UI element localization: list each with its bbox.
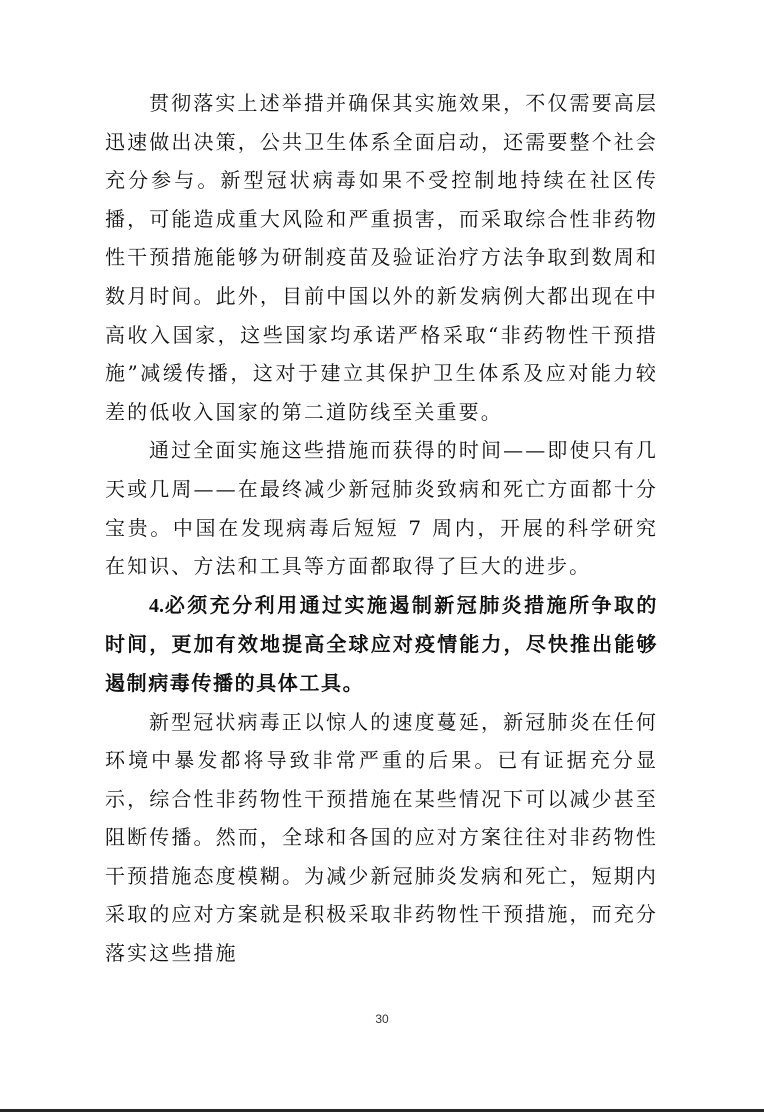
paragraph-virus-spread: 新型冠状病毒正以惊人的速度蔓延，新冠肺炎在任何环境中暴发都将导致非常严重的后果。… bbox=[105, 703, 658, 973]
paragraph-time-gained: 通过全面实施这些措施而获得的时间——即使只有几天或几周——在最终减少新冠肺炎致病… bbox=[105, 431, 658, 585]
paragraph-implementation: 贯彻落实上述举措并确保其实施效果，不仅需要高层迅速做出决策，公共卫生体系全面启动… bbox=[105, 84, 658, 431]
page-number: 30 bbox=[0, 1012, 764, 1026]
section-heading-4: 4.必须充分利用通过实施遏制新冠肺炎措施所争取的时间，更加有效地提高全球应对疫情… bbox=[105, 586, 658, 703]
heading-text: 必须充分利用通过实施遏制新冠肺炎措施所争取的时间，更加有效地提高全球应对疫情能力… bbox=[105, 593, 658, 695]
document-page: 贯彻落实上述举措并确保其实施效果，不仅需要高层迅速做出决策，公共卫生体系全面启动… bbox=[105, 84, 658, 973]
heading-number: 4. bbox=[149, 595, 164, 617]
